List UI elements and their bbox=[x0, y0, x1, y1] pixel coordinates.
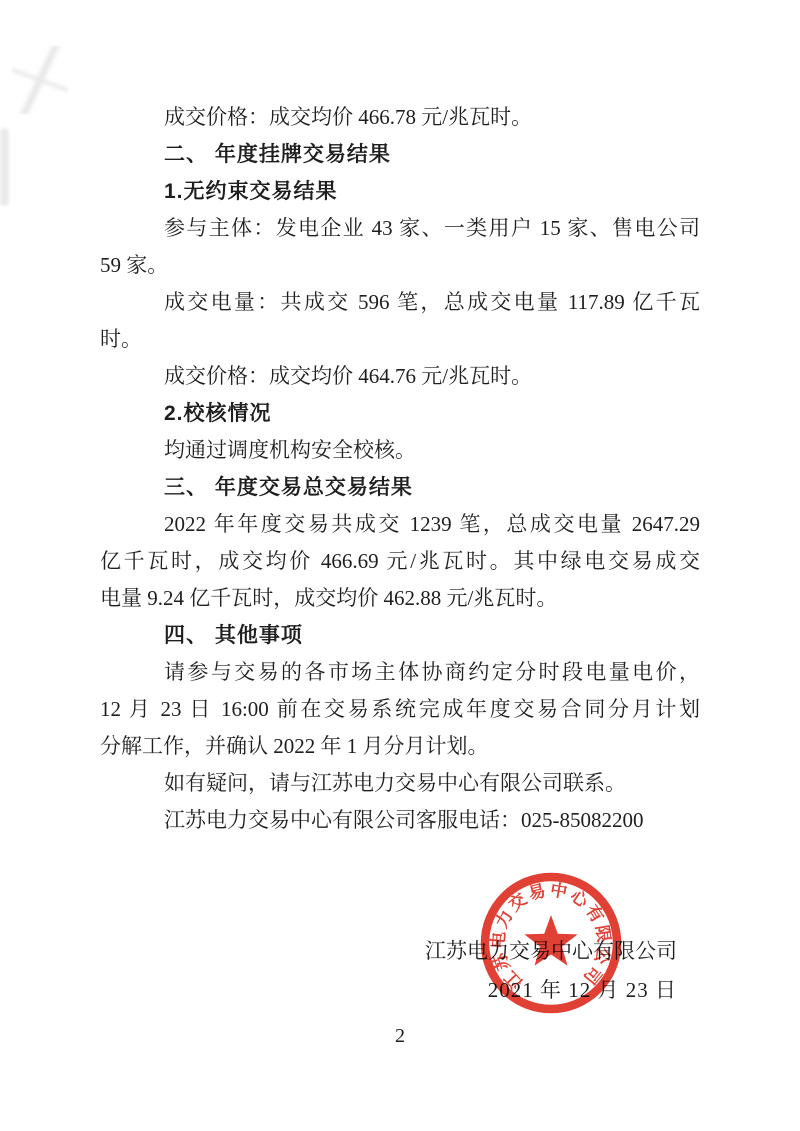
document-body: 成交价格：成交均价 466.78 元/兆瓦时。二、 年度挂牌交易结果1.无约束交… bbox=[100, 99, 700, 839]
heading-line: 四、 其他事项 bbox=[100, 617, 700, 654]
text-line: 均通过调度机构安全校核。 bbox=[100, 432, 700, 469]
text-line: 12 月 23 日 16:00 前在交易系统完成年度交易合同分月计划 bbox=[100, 691, 700, 728]
text-line: 成交价格：成交均价 466.78 元/兆瓦时。 bbox=[100, 99, 700, 136]
document-page: 成交价格：成交均价 466.78 元/兆瓦时。二、 年度挂牌交易结果1.无约束交… bbox=[0, 0, 800, 1131]
text-line: 分解工作，并确认 2022 年 1 月分月计划。 bbox=[100, 728, 700, 765]
text-line: 江苏电力交易中心有限公司客服电话：025-85082200 bbox=[100, 802, 700, 839]
page-number: 2 bbox=[0, 1025, 800, 1048]
text-line: 请参与交易的各市场主体协商约定分时段电量电价， bbox=[100, 654, 700, 691]
text-line: 成交电量：共成交 596 笔，总成交电量 117.89 亿千瓦 bbox=[100, 284, 700, 321]
text-line: 成交价格：成交均价 464.76 元/兆瓦时。 bbox=[100, 358, 700, 395]
heading-line: 三、 年度交易总交易结果 bbox=[100, 469, 700, 506]
heading-line: 二、 年度挂牌交易结果 bbox=[100, 136, 700, 173]
star-icon bbox=[524, 915, 577, 966]
company-seal-stamp: 江苏电力交易中心有限公司 bbox=[469, 861, 633, 1025]
scan-artifact bbox=[0, 128, 9, 206]
text-line: 时。 bbox=[100, 321, 700, 358]
heading-line: 1.无约束交易结果 bbox=[100, 173, 700, 210]
text-line: 电量 9.24 亿千瓦时，成交均价 462.88 元/兆瓦时。 bbox=[100, 580, 700, 617]
text-line: 如有疑问，请与江苏电力交易中心有限公司联系。 bbox=[100, 765, 700, 802]
text-line: 59 家。 bbox=[100, 247, 700, 284]
text-line: 参与主体：发电企业 43 家、一类用户 15 家、售电公司 bbox=[100, 210, 700, 247]
scan-artifact bbox=[12, 46, 68, 114]
heading-line: 2.校核情况 bbox=[100, 395, 700, 432]
text-line: 亿千瓦时，成交均价 466.69 元/兆瓦时。其中绿电交易成交 bbox=[100, 543, 700, 580]
text-line: 2022 年年度交易共成交 1239 笔，总成交电量 2647.29 bbox=[100, 506, 700, 543]
